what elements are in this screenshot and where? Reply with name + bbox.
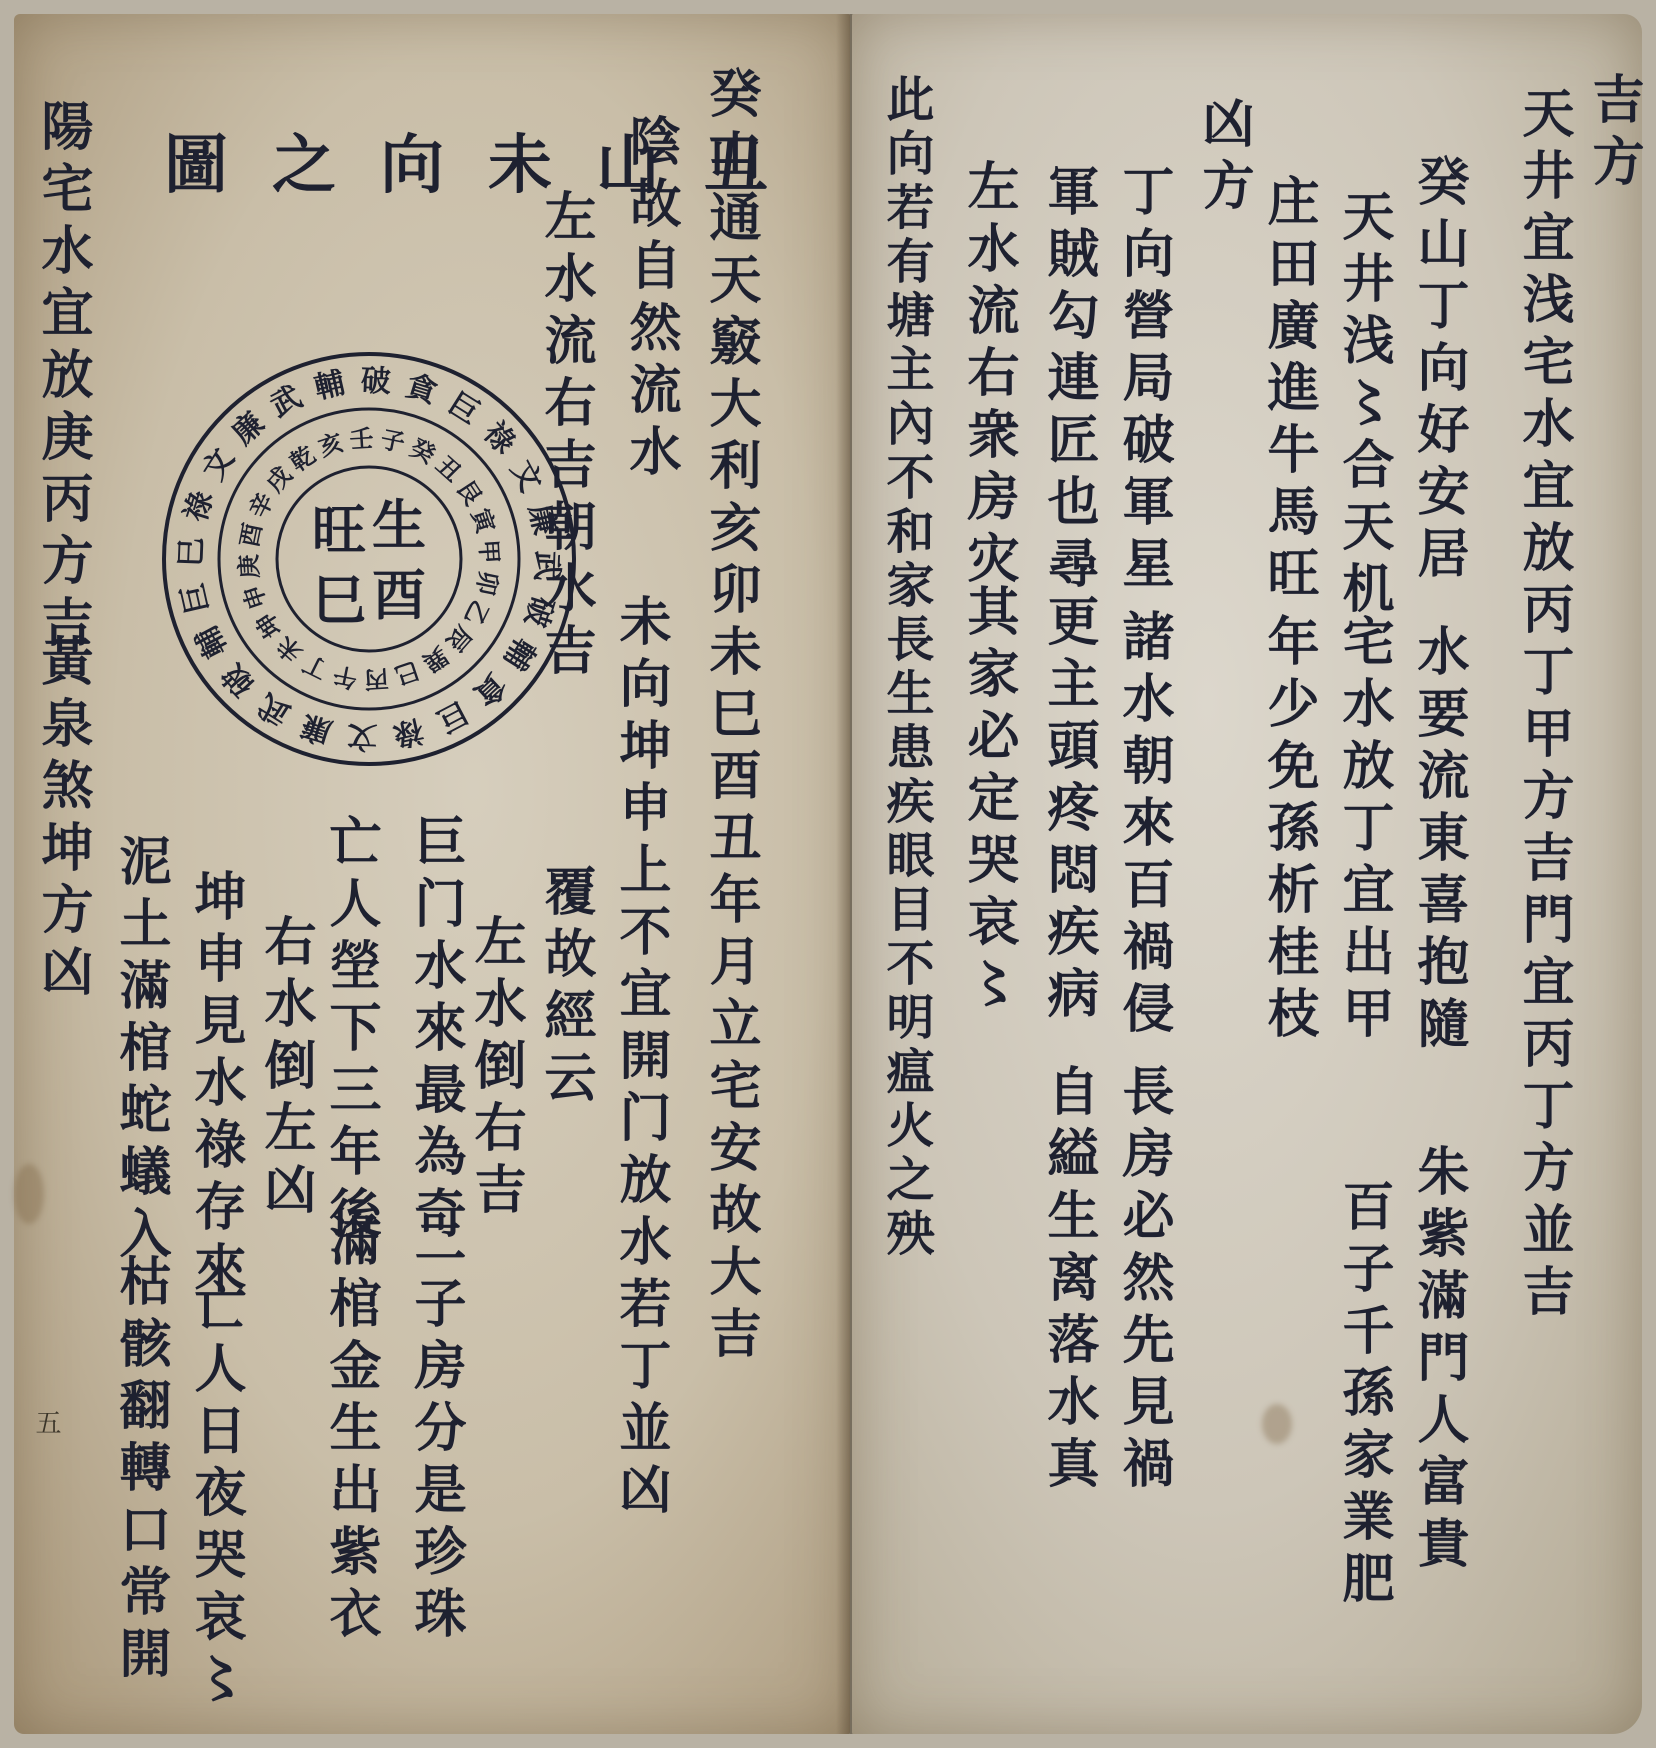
- compass-glyph: 破: [360, 364, 391, 400]
- compass-center-glyph: 旺: [312, 498, 366, 562]
- compass-center-glyph: 生: [372, 493, 426, 557]
- text-column: 癸山通天竅大利亥卯未巳酉丑年月立宅安故大吉: [704, 66, 756, 1368]
- text-column: 諸水朝來百禍侵: [1117, 609, 1169, 1043]
- text-column: 自縊生离落水真: [1042, 1064, 1094, 1498]
- compass-glyph: 申: [237, 581, 272, 613]
- text-column: 黃泉煞坤方凶: [36, 634, 88, 1006]
- text-column: 陰故自然流水: [624, 114, 676, 486]
- compass-glyph: 武: [265, 380, 308, 425]
- compass-glyph: 祿: [476, 415, 522, 461]
- open-book: 丑山未向之圖 癸山通天竅大利亥卯未巳酉丑年月立宅安故大吉 陰故自然流水 未向坤申…: [0, 0, 1656, 1748]
- text-column: 坤申見水祿存來: [189, 869, 241, 1303]
- text-column: 丁向營局破軍星: [1117, 164, 1169, 598]
- paper-stain: [14, 1164, 44, 1224]
- compass-glyph: 貪: [465, 666, 512, 713]
- compass-glyph: 輔: [311, 365, 348, 406]
- compass-glyph: 巳: [174, 537, 210, 568]
- text-column: 亡人日夜哭哀〻: [189, 1279, 241, 1713]
- compass-glyph: 乙: [459, 596, 496, 630]
- paper-stain: [1262, 1404, 1292, 1444]
- compass-glyph: 輔: [190, 620, 235, 663]
- compass-glyph: 武: [252, 686, 296, 732]
- compass-glyph: 未: [271, 630, 308, 668]
- compass-glyph: 破: [517, 592, 559, 631]
- text-column: 年少免孫析桂枝: [1262, 614, 1314, 1048]
- compass-glyph: 文: [196, 442, 242, 486]
- compass-glyph: 辛: [243, 488, 280, 522]
- compass-glyph: 丁: [298, 649, 332, 686]
- compass-glyph: 廉: [297, 707, 336, 749]
- compass-glyph: 廉: [225, 406, 271, 452]
- compass-glyph: 巨: [442, 386, 486, 432]
- compass-glyph: 卯: [471, 568, 504, 597]
- compass-glyph: 庚: [233, 554, 263, 580]
- text-column: 未向坤申上不宜開门放水若丁並凶: [614, 594, 666, 1524]
- compass-glyph: 祿: [390, 712, 427, 753]
- compass-glyph: 輔: [496, 632, 542, 676]
- compass-glyph: 坤: [250, 608, 287, 644]
- text-column: 陽宅水宜放庚丙方吉: [36, 99, 88, 657]
- text-column: 更主頭疼悶疾病: [1042, 594, 1094, 1028]
- compass-glyph: 丙: [364, 664, 390, 694]
- right-page: 吉方 天井宜浅宅水宜放丙丁甲方吉門宜丙丁方並吉 癸山丁向好安居 水要流東喜抱隨 …: [852, 14, 1642, 1734]
- text-column: 水要流東喜抱隨: [1412, 624, 1464, 1058]
- compass-glyph: 巳: [391, 656, 423, 691]
- text-column: 左水流右衆房灾: [962, 159, 1014, 593]
- text-column: 亡人塋下三年後: [324, 814, 376, 1248]
- compass-glyph: 巨: [175, 580, 216, 617]
- text-column: 此向若有塘主內不和家長生患疾眼目不明瘟火之殃: [882, 74, 930, 1262]
- text-column: 軍賊勾連匠也尋: [1042, 164, 1094, 598]
- text-column: 庄田廣進牛馬旺: [1262, 174, 1314, 608]
- text-column: 二子房分是珍珠: [409, 1214, 461, 1648]
- text-column: 左水倒右吉: [469, 914, 521, 1224]
- compass-glyph: 文: [503, 455, 548, 498]
- compass-glyph: 甲: [474, 539, 504, 565]
- text-column: 天井宜浅宅水宜放丙丁甲方吉門宜丙丁方並吉: [1517, 86, 1569, 1326]
- text-column: 其家必定哭哀〻: [962, 584, 1014, 1018]
- compass-glyph: 癸: [406, 433, 440, 470]
- folio-number: 五: [28, 1409, 65, 1435]
- compass-glyph: 武: [528, 550, 564, 581]
- compass-center-glyph: 酉: [372, 563, 426, 627]
- compass-glyph: 乾: [284, 440, 320, 477]
- compass-glyph: 午: [330, 661, 359, 694]
- compass-glyph: 子: [378, 424, 407, 457]
- compass-glyph: 貪: [402, 368, 443, 411]
- left-page: 丑山未向之圖 癸山通天竅大利亥卯未巳酉丑年月立宅安故大吉 陰故自然流水 未向坤申…: [14, 14, 850, 1734]
- compass-center-glyph: 巳: [312, 568, 366, 632]
- text-column: 巨门水來最為奇: [409, 814, 461, 1248]
- text-column: 長房必然先見禍: [1117, 1064, 1169, 1498]
- text-column: 右水倒左凶: [259, 914, 311, 1224]
- compass-glyph: 破: [216, 657, 262, 703]
- compass-glyph: 巽: [417, 641, 454, 679]
- text-column: 百子千孫家業肥: [1337, 1179, 1389, 1613]
- text-column: 滿棺金生出紫衣: [324, 1214, 376, 1648]
- text-column: 癸山丁向好安居: [1412, 154, 1464, 588]
- text-column: 枯骸翻轉口常開: [114, 1254, 166, 1688]
- compass-glyph: 巨: [430, 693, 473, 738]
- compass-glyph: 戌: [260, 461, 298, 498]
- text-column: 朱紫滿門人富貴: [1412, 1144, 1464, 1578]
- compass-glyph: 酉: [234, 520, 267, 549]
- compass-glyph: 壬: [349, 423, 375, 453]
- compass-glyph: 亥: [315, 427, 347, 462]
- compass-glyph: 寅: [466, 505, 501, 538]
- compass-glyph: 廉: [522, 501, 563, 538]
- text-column: 泥土滿棺蛇蟻入: [114, 834, 166, 1268]
- compass-glyph: 文: [347, 718, 378, 754]
- compass-glyph: 艮: [451, 474, 488, 510]
- section-heading-auspicious: 吉方: [1587, 72, 1639, 196]
- compass-glyph: 辰: [440, 620, 478, 657]
- section-heading-inauspicious: 凶方: [1197, 96, 1249, 220]
- compass-glyph: 祿: [178, 487, 220, 526]
- text-column: 宅水放丁宜出甲: [1337, 614, 1389, 1048]
- text-column: 天井浅〻合天机: [1337, 189, 1389, 623]
- luopan-compass-diagram: 貪巨祿文廉武破輔貪巨祿文廉武破輔巨巳祿文廉武輔破 子癸丑艮寅甲卯乙辰巽巳丙午丁未…: [159, 349, 579, 769]
- compass-rings-icon: 貪巨祿文廉武破輔貪巨祿文廉武破輔巨巳祿文廉武輔破 子癸丑艮寅甲卯乙辰巽巳丙午丁未…: [159, 349, 579, 769]
- text-column: 覆故經云: [539, 864, 591, 1112]
